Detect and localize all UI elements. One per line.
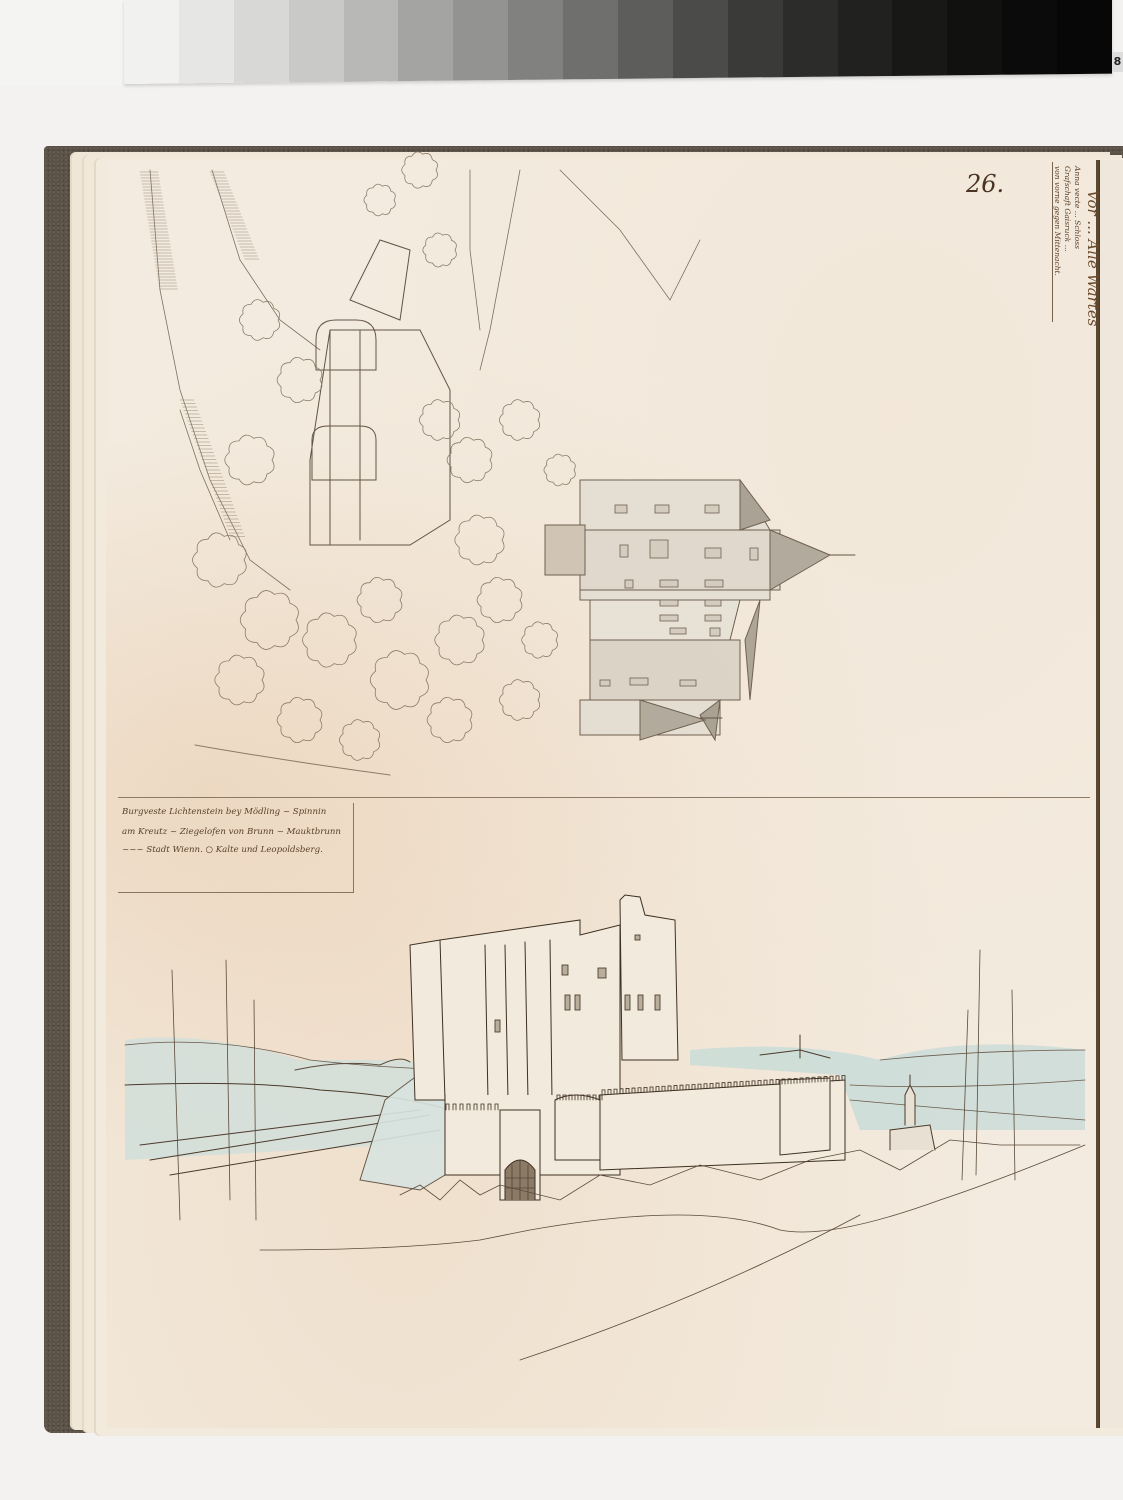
caption-line: am Kreutz ~ Ziegelofen von Brunn ~ Maukt… (122, 827, 341, 837)
caption-line: ~~~ Stadt Wienn. ○ Kalte und Leopoldsber… (122, 845, 323, 855)
side-note-line: von vorne gegen Mittenacht. (1052, 166, 1062, 316)
caption-box: Burgveste Lichtenstein bey Mödling ~ Spi… (118, 803, 354, 893)
ink-drawings (0, 0, 1123, 1500)
facing-page-text: Vor ... Alle Wartes (1084, 190, 1102, 326)
drawing-divider-rule (118, 797, 1090, 798)
page-number: 26. (966, 170, 1004, 198)
lower-drawing (125, 895, 1085, 1360)
upper-drawing (140, 152, 855, 775)
side-note-line: Anna vecte ... Schloss (1072, 166, 1082, 316)
caption-line: Burgveste Lichtenstein bey Mödling ~ Spi… (122, 807, 326, 817)
side-note-line: Grafschaft Gaisruck ... (1062, 166, 1072, 316)
side-note: Anna vecte ... Schloss Grafschaft Gaisru… (1040, 166, 1090, 316)
